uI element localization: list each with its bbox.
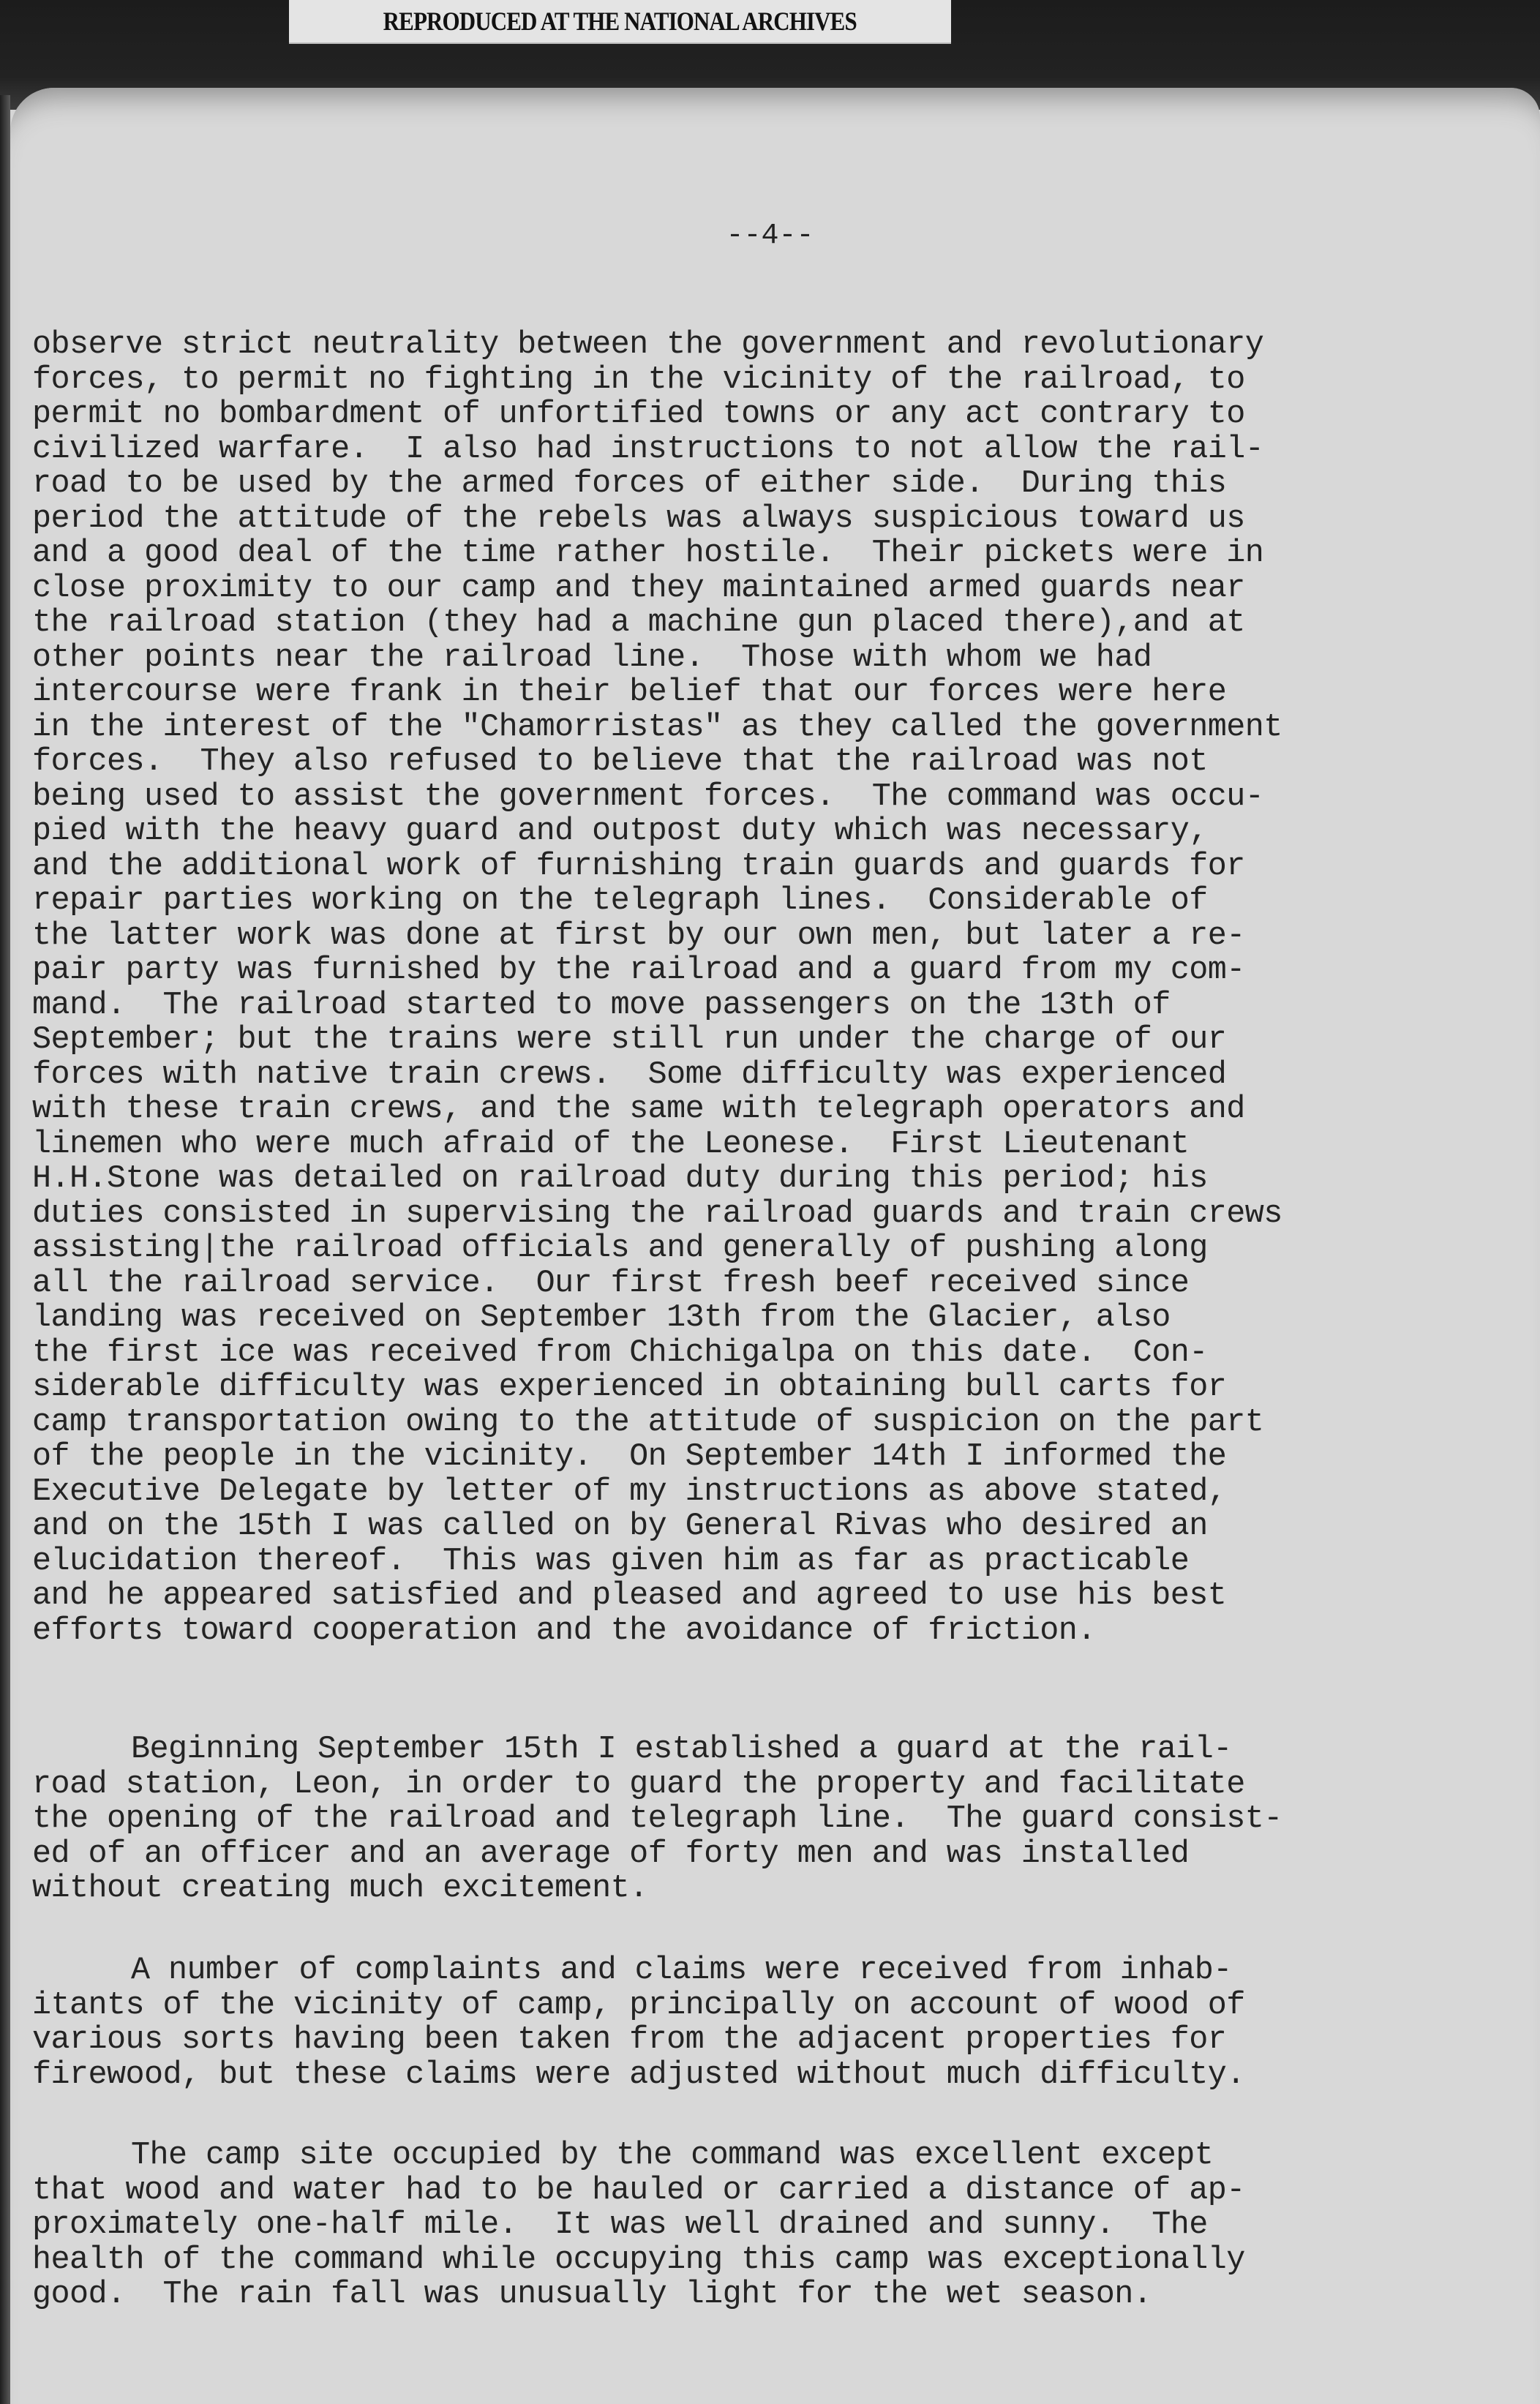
text-line: September; but the trains were still run…: [32, 1023, 1503, 1058]
page-number: --4--: [0, 219, 1540, 252]
text-line: and a good deal of the time rather hosti…: [32, 536, 1503, 571]
text-line: civilized warfare. I also had instructio…: [32, 432, 1503, 467]
text-line: itants of the vicinity of camp, principa…: [32, 1988, 1503, 2024]
text-line: A number of complaints and claims were r…: [32, 1953, 1503, 1988]
text-line: forces, to permit no fighting in the vic…: [32, 363, 1503, 398]
text-line: forces. They also refused to believe tha…: [32, 745, 1503, 780]
text-line: the opening of the railroad and telegrap…: [32, 1802, 1503, 1837]
archive-stamp-text: REPRODUCED AT THE NATIONAL ARCHIVES: [383, 6, 857, 37]
text-line: of the people in the vicinity. On Septem…: [32, 1440, 1503, 1475]
text-line: intercourse were frank in their belief t…: [32, 675, 1503, 710]
text-line: siderable difficulty was experienced in …: [32, 1370, 1503, 1405]
text-line: ed of an officer and an average of forty…: [32, 1837, 1503, 1872]
text-line: and on the 15th I was called on by Gener…: [32, 1509, 1503, 1544]
text-line: good. The rain fall was unusually light …: [32, 2277, 1503, 2313]
text-line: camp transportation owing to the attitud…: [32, 1405, 1503, 1440]
text-line: observe strict neutrality between the go…: [32, 328, 1503, 363]
text-line: in the interest of the "Chamorristas" as…: [32, 710, 1503, 745]
text-line: various sorts having been taken from the…: [32, 2023, 1503, 2058]
text-line: all the railroad service. Our first fres…: [32, 1266, 1503, 1301]
text-line: being used to assist the government forc…: [32, 780, 1503, 815]
paragraph-1: observe strict neutrality between the go…: [32, 328, 1503, 1648]
paragraph-2: Beginning September 15th I established a…: [32, 1732, 1503, 1907]
text-line: the latter work was done at first by our…: [32, 919, 1503, 954]
text-line: pair party was furnished by the railroad…: [32, 953, 1503, 988]
text-line: forces with native train crews. Some dif…: [32, 1058, 1503, 1093]
text-line: landing was received on September 13th f…: [32, 1301, 1503, 1336]
scan-left-edge: [0, 95, 10, 2404]
text-line: with these train crews, and the same wit…: [32, 1092, 1503, 1127]
text-line: The camp site occupied by the command wa…: [32, 2138, 1503, 2174]
text-line: assisting|the railroad officials and gen…: [32, 1231, 1503, 1266]
text-line: proximately one-half mile. It was well d…: [32, 2208, 1503, 2243]
text-line: road to be used by the armed forces of e…: [32, 467, 1503, 502]
text-line: Beginning September 15th I established a…: [32, 1732, 1503, 1768]
text-line: permit no bombardment of unfortified tow…: [32, 397, 1503, 432]
text-line: period the attitude of the rebels was al…: [32, 502, 1503, 537]
text-line: Executive Delegate by letter of my instr…: [32, 1475, 1503, 1510]
text-line: H.H.Stone was detailed on railroad duty …: [32, 1162, 1503, 1197]
text-line: elucidation thereof. This was given him …: [32, 1544, 1503, 1579]
text-line: the first ice was received from Chichiga…: [32, 1336, 1503, 1371]
text-line: close proximity to our camp and they mai…: [32, 571, 1503, 606]
text-line: efforts toward cooperation and the avoid…: [32, 1614, 1503, 1649]
paragraph-3: A number of complaints and claims were r…: [32, 1953, 1503, 2092]
text-line: pied with the heavy guard and outpost du…: [32, 814, 1503, 849]
paragraph-4: The camp site occupied by the command wa…: [32, 2138, 1503, 2313]
text-line: mand. The railroad started to move passe…: [32, 988, 1503, 1023]
text-line: and he appeared satisfied and pleased an…: [32, 1579, 1503, 1614]
text-line: and the additional work of furnishing tr…: [32, 849, 1503, 884]
text-line: without creating much excitement.: [32, 1871, 1503, 1907]
text-line: road station, Leon, in order to guard th…: [32, 1768, 1503, 1803]
text-line: the railroad station (they had a machine…: [32, 606, 1503, 641]
text-line: duties consisted in supervising the rail…: [32, 1197, 1503, 1232]
text-line: linemen who were much afraid of the Leon…: [32, 1127, 1503, 1162]
text-line: firewood, but these claims were adjusted…: [32, 2058, 1503, 2093]
text-line: repair parties working on the telegraph …: [32, 884, 1503, 919]
archive-stamp: REPRODUCED AT THE NATIONAL ARCHIVES: [289, 0, 951, 44]
text-line: that wood and water had to be hauled or …: [32, 2174, 1503, 2209]
text-line: other points near the railroad line. Tho…: [32, 641, 1503, 676]
text-line: health of the command while occupying th…: [32, 2243, 1503, 2278]
